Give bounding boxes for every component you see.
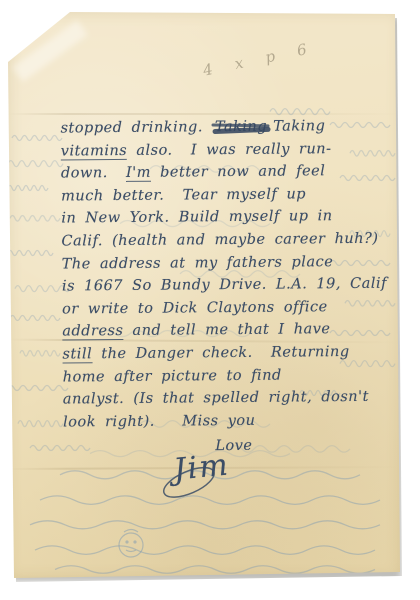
underlined-word: address [62,323,123,341]
line-text: and tell me that I have [123,322,330,340]
letter-line: in New York. Build myself up in [61,205,406,231]
line-text: down. [61,165,126,182]
underlined-word: vitamins [61,143,128,161]
signature-flourish [159,458,233,505]
letter-line: analyst. (Is that spelled right, dosn't [63,386,408,412]
letter-line: address and tell me that I have [62,318,407,344]
letter-line: home after picture to find [63,363,408,389]
doodle-face-bleed [119,530,143,558]
letter-paper: 4 x p 6 stopped drinking.TakingTaking vi… [8,12,400,578]
letter-line: down. I'm better now and feel [61,160,406,186]
line-text: also. I was really run- [127,141,331,159]
letter-line: much better. Tear myself up [61,182,406,208]
letter-line: look right). Miss you [63,408,408,434]
line-text: better now and feel [151,163,326,181]
letter-line: stopped drinking.TakingTaking [60,115,405,141]
letter-line: or write to Dick Claytons office [62,295,407,321]
line-text: stopped drinking. [60,119,203,136]
line-text: Taking [273,118,325,134]
scanned-letter-photo: 4 x p 6 stopped drinking.TakingTaking vi… [0,0,420,600]
letter-line: still the Danger check. Returning [62,340,407,366]
letter-line: vitamins also. I was really run- [61,137,406,163]
line-text: the Danger check. Returning [92,344,350,362]
underlined-word: I'm [126,165,151,182]
letter-body: stopped drinking.TakingTaking vitamins a… [60,115,408,478]
letter-line: Calif. (health and maybe career huh?) [61,227,406,253]
scribbled-out-word: Taking [215,116,267,139]
letter-line: The address at my fathers place [62,250,407,276]
letter-line: is 1667 So Bundy Drive. L.A. 19, Calif [62,273,407,299]
underlined-word: still [62,346,92,363]
